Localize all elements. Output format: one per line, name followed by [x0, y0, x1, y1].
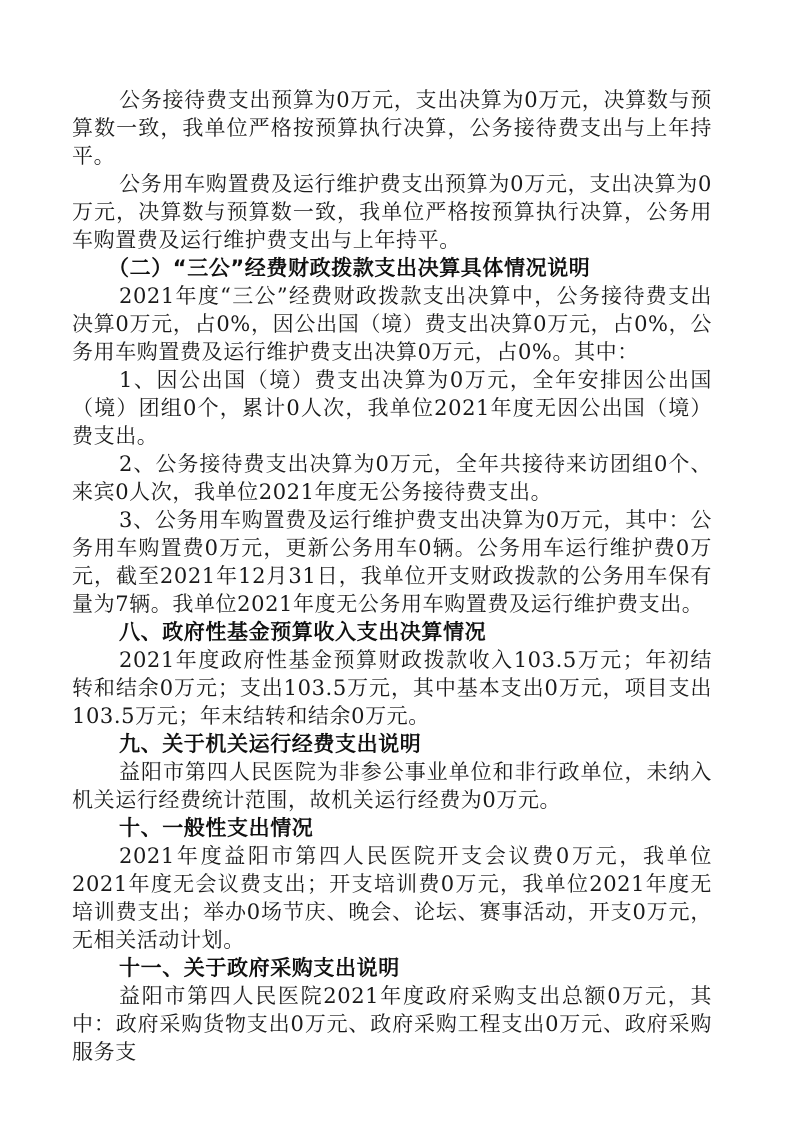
paragraph-government-fund: 2021年度政府性基金预算财政拨款收入103.5万元；年初结转和结余0万元；支出… — [72, 646, 712, 730]
section-heading-three-public-details: （二）“三公”经费财政拨款支出决算具体情况说明 — [72, 254, 712, 282]
section-heading-operating-expenses: 九、关于机关运行经费支出说明 — [72, 730, 712, 758]
paragraph-vehicle-budget: 公务用车购置费及运行维护费支出预算为0万元，支出决算为0万元，决算数与预算数一致… — [72, 170, 712, 254]
paragraph-operating-expenses: 益阳市第四人民医院为非参公事业单位和非行政单位，未纳入机关运行经费统计范围，故机… — [72, 758, 712, 814]
paragraph-general-expenses: 2021年度益阳市第四人民医院开支会议费0万元，我单位2021年度无会议费支出；… — [72, 842, 712, 954]
paragraph-reception-budget: 公务接待费支出预算为0万元，支出决算为0万元，决算数与预算数一致，我单位严格按预… — [72, 86, 712, 170]
document-page: 公务接待费支出预算为0万元，支出决算为0万元，决算数与预算数一致，我单位严格按预… — [72, 86, 712, 1066]
paragraph-official-reception: 2、公务接待费支出决算为0万元，全年共接待来访团组0个、来宾0人次，我单位202… — [72, 450, 712, 506]
section-heading-general-expenses: 十、一般性支出情况 — [72, 814, 712, 842]
paragraph-procurement: 益阳市第四人民医院2021年度政府采购支出总额0万元，其中：政府采购货物支出0万… — [72, 982, 712, 1066]
paragraph-three-public-summary: 2021年度“三公”经费财政拨款支出决算中，公务接待费支出决算0万元，占0%，因… — [72, 282, 712, 366]
paragraph-overseas-travel: 1、因公出国（境）费支出决算为0万元，全年安排因公出国（境）团组0个，累计0人次… — [72, 366, 712, 450]
paragraph-official-vehicles: 3、公务用车购置费及运行维护费支出决算为0万元，其中：公务用车购置费0万元，更新… — [72, 506, 712, 618]
section-heading-government-fund: 八、政府性基金预算收入支出决算情况 — [72, 618, 712, 646]
section-heading-procurement: 十一、关于政府采购支出说明 — [72, 954, 712, 982]
